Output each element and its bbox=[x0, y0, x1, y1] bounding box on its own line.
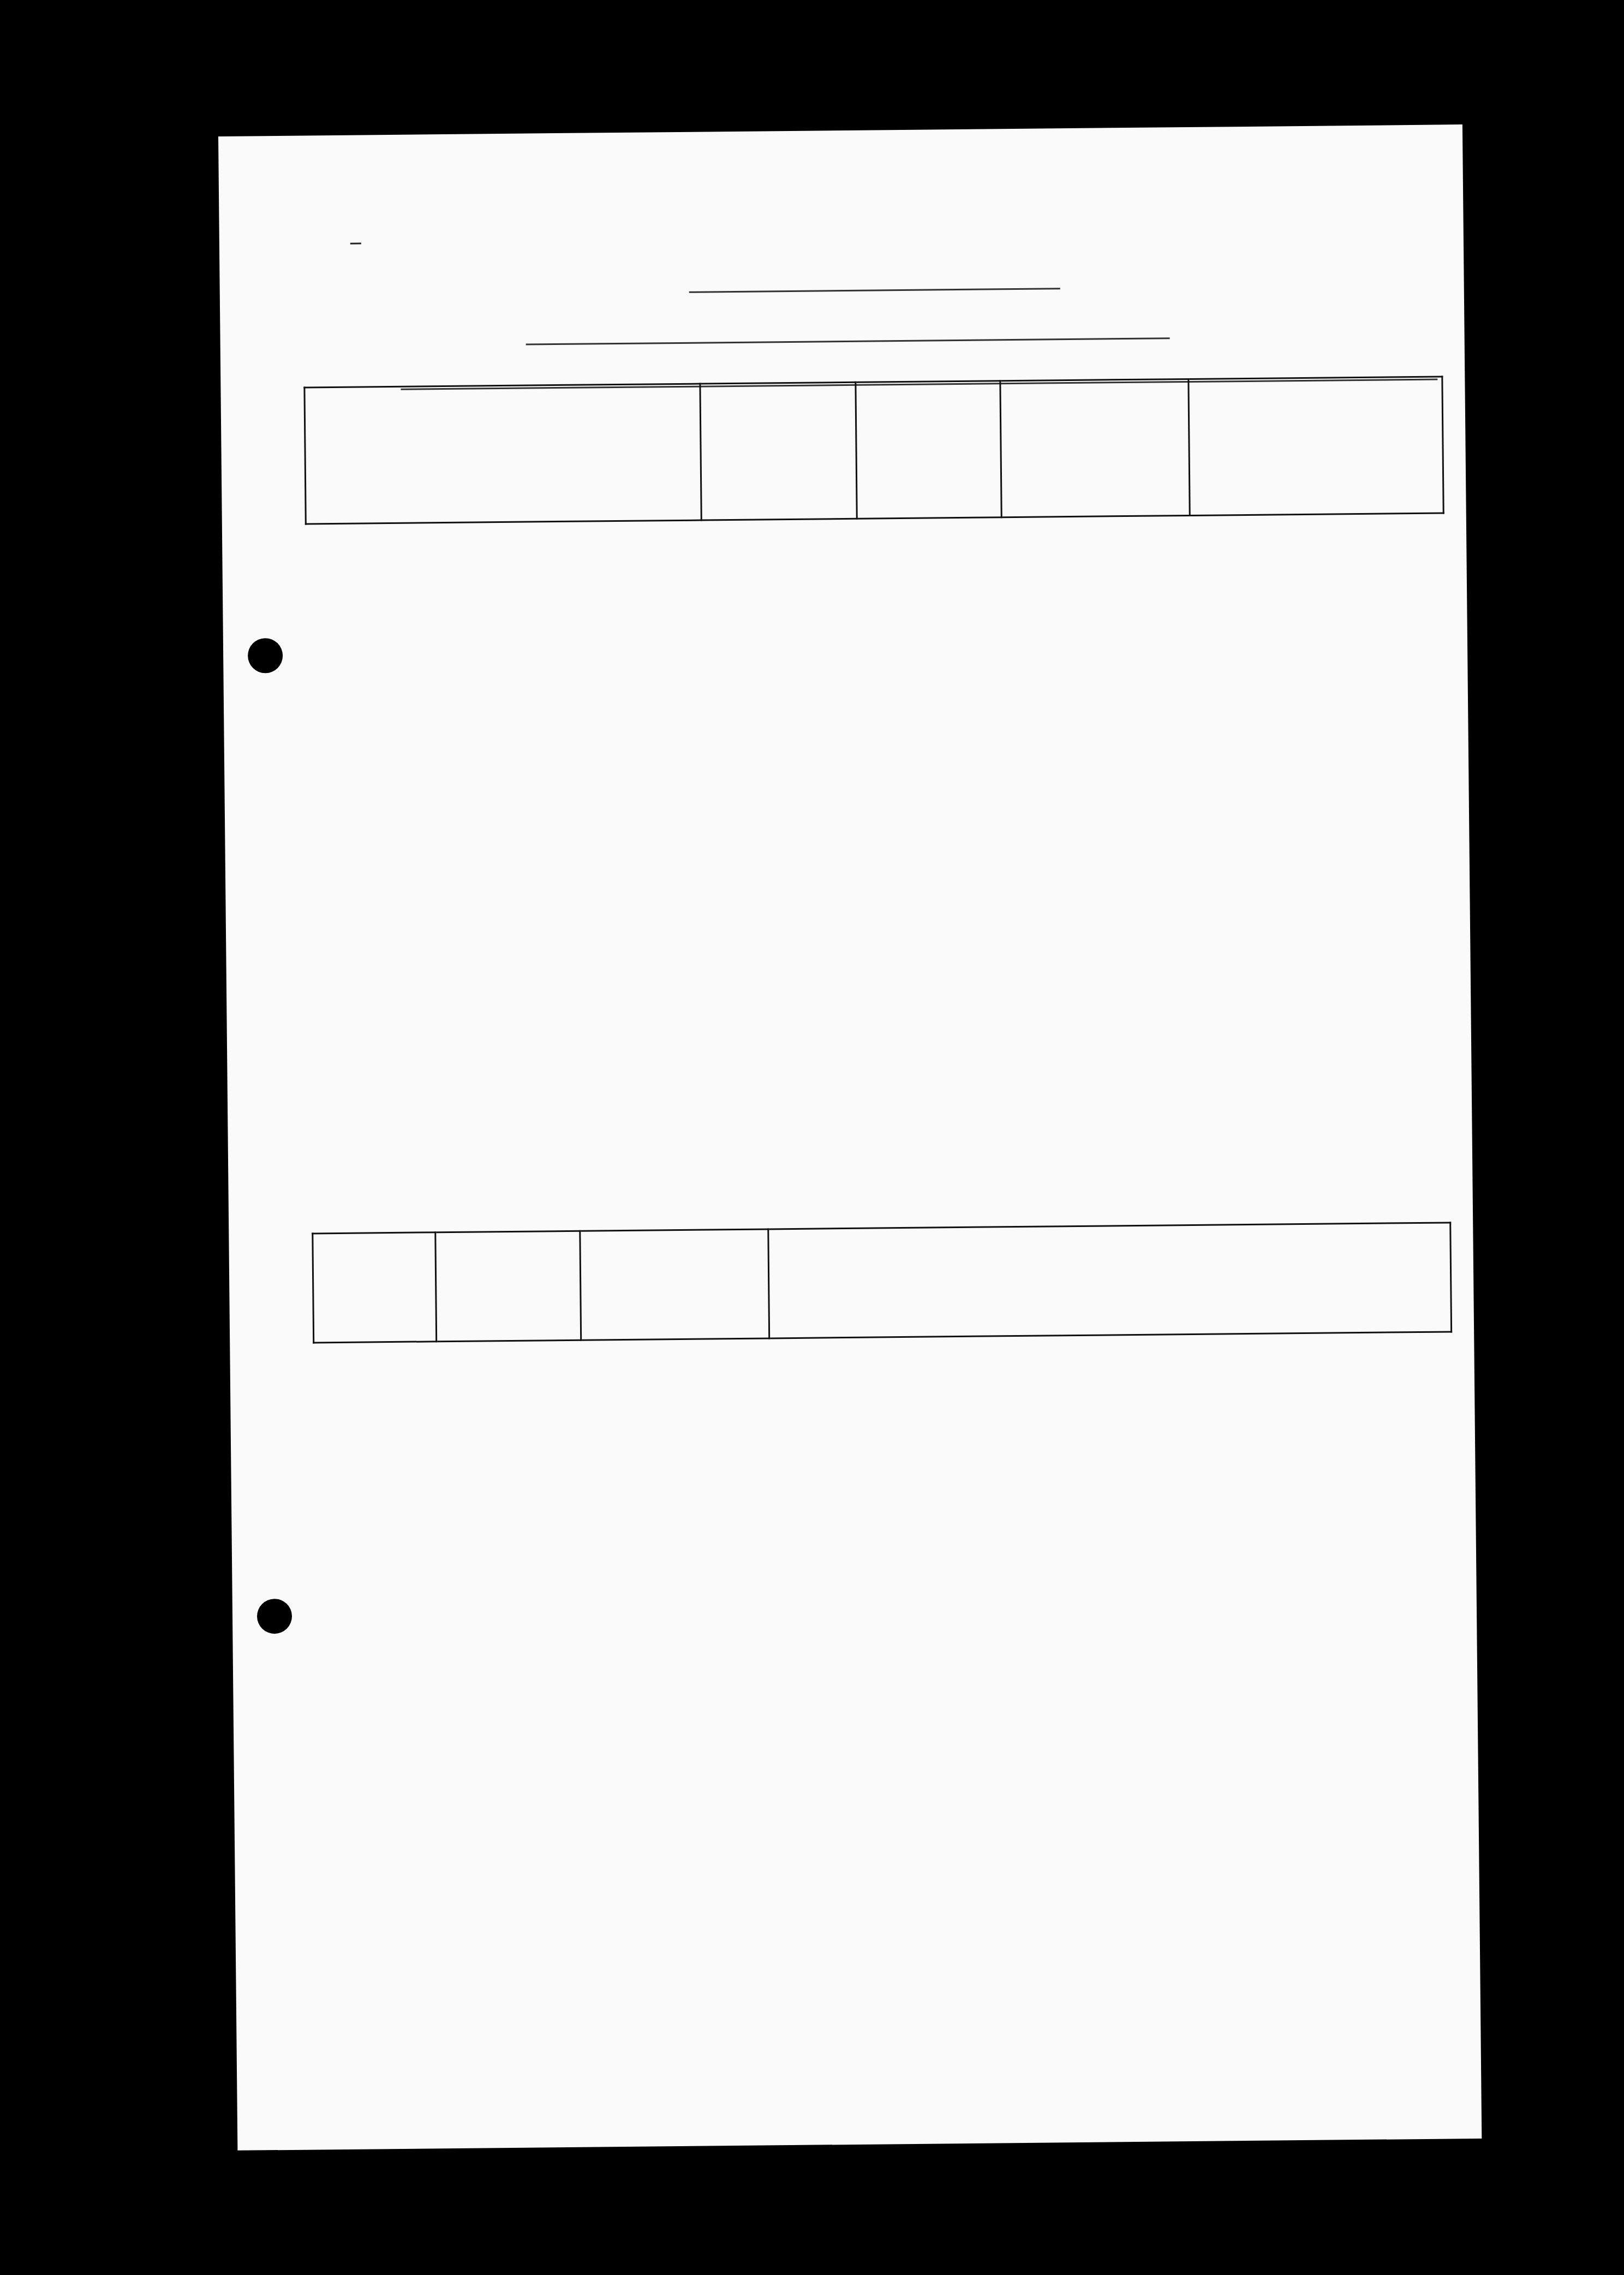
report-of-changes-page bbox=[218, 124, 1482, 2151]
column-header-change bbox=[435, 1231, 581, 1342]
column-header-date-occurrence bbox=[580, 1229, 769, 1340]
column-header-service-number bbox=[700, 382, 857, 520]
column-header-remarks bbox=[768, 1223, 1452, 1338]
punch-hole-1 bbox=[248, 638, 283, 674]
column-header-names bbox=[304, 384, 701, 524]
column-header-place-of-enlistment bbox=[1189, 377, 1443, 515]
changes-table bbox=[283, 1222, 1452, 1344]
column-header-date-of-enlistment bbox=[1000, 379, 1190, 517]
punch-hole-2 bbox=[257, 1599, 292, 1634]
personnel-table bbox=[275, 376, 1444, 525]
page-number-field bbox=[344, 217, 361, 243]
page-number bbox=[350, 217, 361, 244]
column-header-rating bbox=[856, 381, 1001, 519]
form-instructions bbox=[291, 2046, 1459, 2057]
column-header-branch bbox=[313, 1232, 437, 1343]
